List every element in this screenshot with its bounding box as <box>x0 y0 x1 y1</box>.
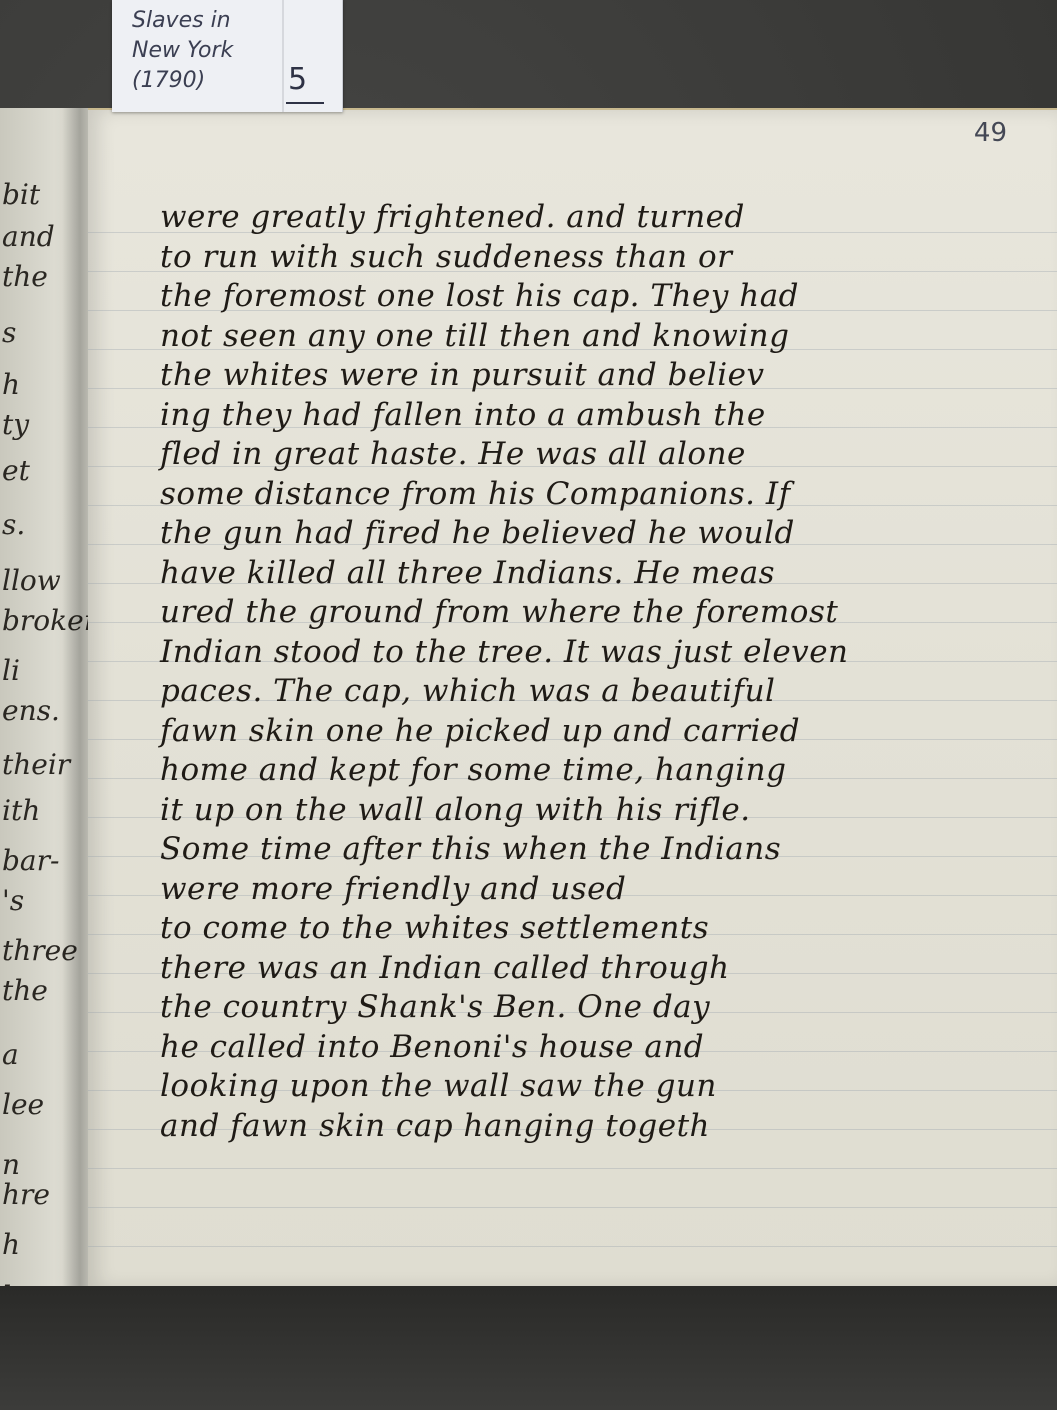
label-divider <box>282 0 284 112</box>
left-page-fragment: s <box>2 316 16 349</box>
left-page-fragment: and <box>2 220 55 253</box>
text-line: to run with such suddeness than or <box>160 238 1050 278</box>
left-page-fragment: llow <box>2 564 61 597</box>
left-page-fragment: a <box>2 1038 19 1071</box>
text-line: it up on the wall along with his rifle. <box>160 791 1050 831</box>
page-number: 49 <box>974 118 1007 148</box>
text-line: Some time after this when the Indians <box>160 830 1050 870</box>
left-page-fragment: ty <box>2 408 29 441</box>
text-line: the country Shank's Ben. One day <box>160 988 1050 1028</box>
handwritten-text: were greatly frightened. and turned to r… <box>160 198 1050 1146</box>
left-page-fragment: 's <box>2 884 24 917</box>
label-text: Slaves in New York (1790) <box>132 6 282 96</box>
text-line: he called into Benoni's house and <box>160 1028 1050 1068</box>
label-number: 5 <box>288 62 307 97</box>
left-page-fragment: h <box>2 368 20 401</box>
left-page-fragment: bar- <box>2 844 59 877</box>
text-line: the foremost one lost his cap. They had <box>160 277 1050 317</box>
left-page-fragment: the <box>2 974 48 1007</box>
table-surface <box>0 1286 1057 1410</box>
text-line: paces. The cap, which was a beautiful <box>160 672 1050 712</box>
text-line: Indian stood to the tree. It was just el… <box>160 633 1050 673</box>
notebook-page: 49 were greatly frightened. and turned t… <box>88 108 1057 1288</box>
left-page-fragment: bit <box>2 178 40 211</box>
text-line: fawn skin one he picked up and carried <box>160 712 1050 752</box>
left-page-fragment: n <box>2 1148 20 1181</box>
text-line: fled in great haste. He was all alone <box>160 435 1050 475</box>
left-page-fragment: s. <box>2 508 25 541</box>
text-line: and fawn skin cap hanging togeth <box>160 1107 1050 1147</box>
text-line: to come to the whites settlements <box>160 909 1050 949</box>
text-line: the gun had fired he believed he would <box>160 514 1050 554</box>
left-page-fragment: ith <box>2 794 40 827</box>
left-page-fragment: li <box>2 654 20 687</box>
left-page-fragment: hre <box>2 1178 50 1211</box>
left-page-fragment: et <box>2 454 30 487</box>
text-line: not seen any one till then and knowing <box>160 317 1050 357</box>
text-line: have killed all three Indians. He meas <box>160 554 1050 594</box>
text-line: some distance from his Companions. If <box>160 475 1050 515</box>
left-page-fragment: lee <box>2 1088 44 1121</box>
text-line: were more friendly and used <box>160 870 1050 910</box>
text-line: the whites were in pursuit and believ <box>160 356 1050 396</box>
left-page-fragment: h <box>2 1228 20 1261</box>
text-line: were greatly frightened. and turned <box>160 198 1050 238</box>
text-line: there was an Indian called through <box>160 949 1050 989</box>
text-line: looking upon the wall saw the gun <box>160 1067 1050 1107</box>
left-page-fragment: ens. <box>2 694 60 727</box>
left-page-fragment: the <box>2 260 48 293</box>
left-page-fragment: their <box>2 748 70 781</box>
text-line: home and kept for some time, hanging <box>160 751 1050 791</box>
text-line: ured the ground from where the foremost <box>160 593 1050 633</box>
text-line: ing they had fallen into a ambush the <box>160 396 1050 436</box>
archive-label-slip: Slaves in New York (1790) 5 <box>112 0 343 112</box>
